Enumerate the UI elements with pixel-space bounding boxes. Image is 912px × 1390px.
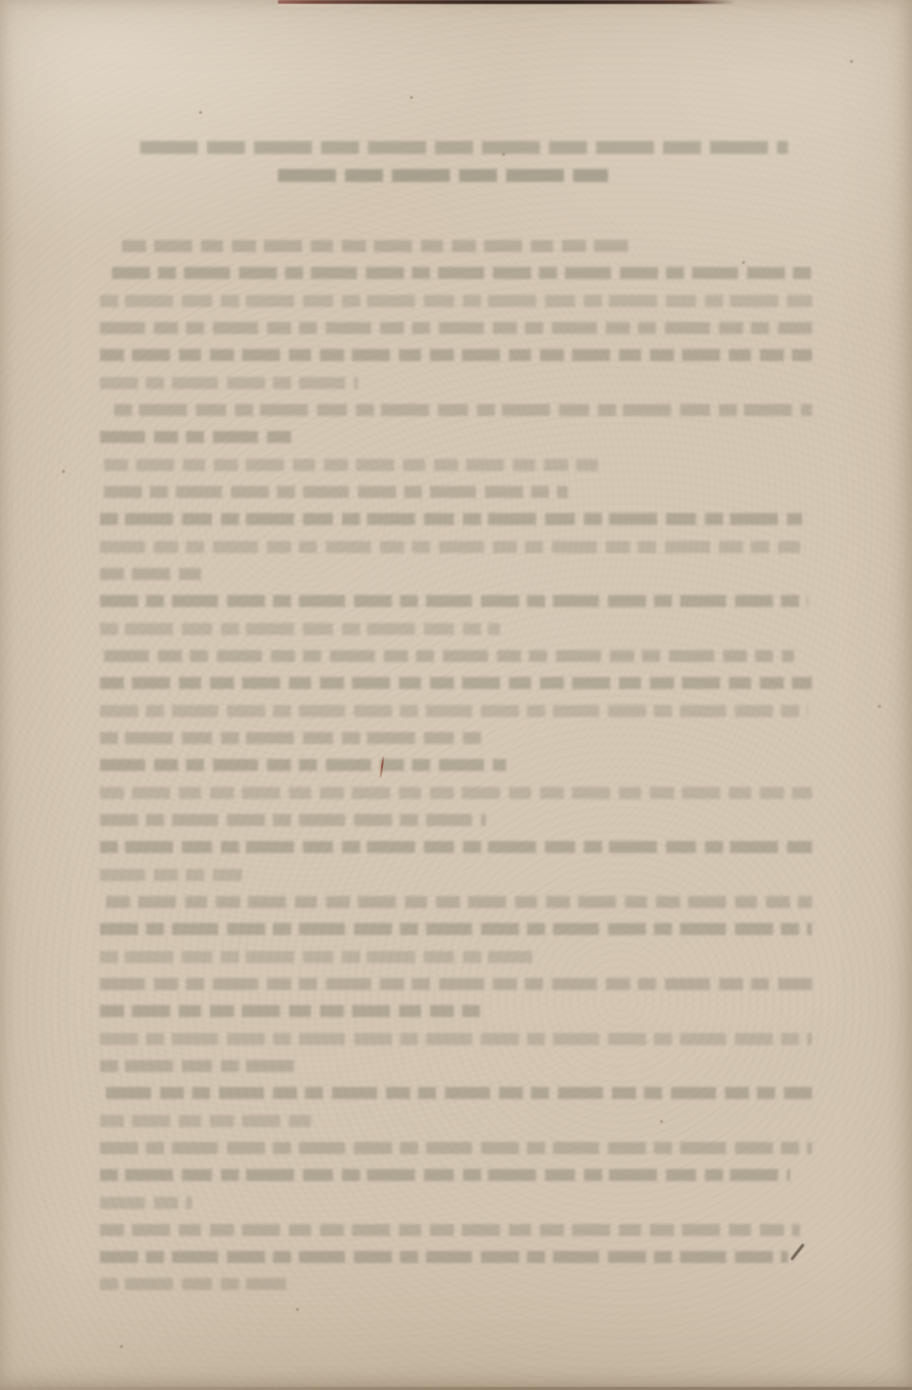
ghost-text-line xyxy=(100,377,358,389)
ghost-text-line xyxy=(100,923,812,935)
ghost-text-line xyxy=(122,240,628,252)
paper-speck xyxy=(742,261,745,264)
ghost-text-line xyxy=(100,841,812,853)
ghost-text-line xyxy=(100,513,802,525)
ghost-title-line xyxy=(278,169,608,182)
ghost-text-line xyxy=(100,431,292,443)
ghost-text-line xyxy=(100,1224,800,1236)
ghost-text-line xyxy=(100,732,484,744)
paper-speck xyxy=(850,60,853,63)
ghost-text-line xyxy=(100,1033,812,1045)
scanned-document-page xyxy=(0,0,912,1390)
ghost-text-line xyxy=(114,404,812,416)
ghost-title-line xyxy=(140,141,788,154)
ghost-text-line xyxy=(100,759,506,771)
ghost-text-line xyxy=(100,1169,790,1181)
ghost-text-line xyxy=(112,267,812,279)
ghost-text-line xyxy=(100,1005,480,1017)
paper-speck xyxy=(410,96,413,99)
ghost-text-line xyxy=(106,1087,812,1099)
paper-speck xyxy=(502,153,505,156)
ghost-text-line xyxy=(104,650,794,662)
paper-speck xyxy=(62,470,65,473)
ghost-text-line xyxy=(100,322,812,334)
ghost-text-line xyxy=(100,568,202,580)
ghost-text-line xyxy=(100,349,812,361)
ghost-text-line xyxy=(100,1060,302,1072)
scan-edge-highlight xyxy=(278,4,458,6)
paper-speck xyxy=(120,1345,123,1348)
ghost-text-line xyxy=(100,787,812,799)
ghost-text-line xyxy=(100,1251,788,1263)
ghost-text-line xyxy=(100,1197,192,1209)
ghost-text-line xyxy=(106,896,812,908)
paper-speck xyxy=(296,1308,299,1311)
ghost-text-line xyxy=(100,623,500,635)
ghost-text-line xyxy=(100,814,486,826)
ghost-text-line xyxy=(100,1142,812,1154)
ghost-text-line xyxy=(100,1278,286,1290)
ghost-text-line xyxy=(104,459,598,471)
ghost-text-line xyxy=(100,595,808,607)
paper-speck xyxy=(199,111,202,114)
ghost-text-line xyxy=(100,1115,312,1127)
ghost-text-line xyxy=(104,486,568,498)
diagonal-pen-mark xyxy=(790,1243,805,1261)
ghost-text-line xyxy=(100,978,812,990)
ghost-text-line xyxy=(100,951,532,963)
ghost-text-line xyxy=(100,541,800,553)
ghost-text-line xyxy=(100,677,812,689)
paper-speck xyxy=(660,1120,663,1123)
ghost-text-line xyxy=(100,705,808,717)
ghost-text-line xyxy=(100,869,242,881)
ghost-text-line xyxy=(100,295,812,307)
page-vignette xyxy=(0,0,912,1390)
paper-speck xyxy=(878,705,881,708)
